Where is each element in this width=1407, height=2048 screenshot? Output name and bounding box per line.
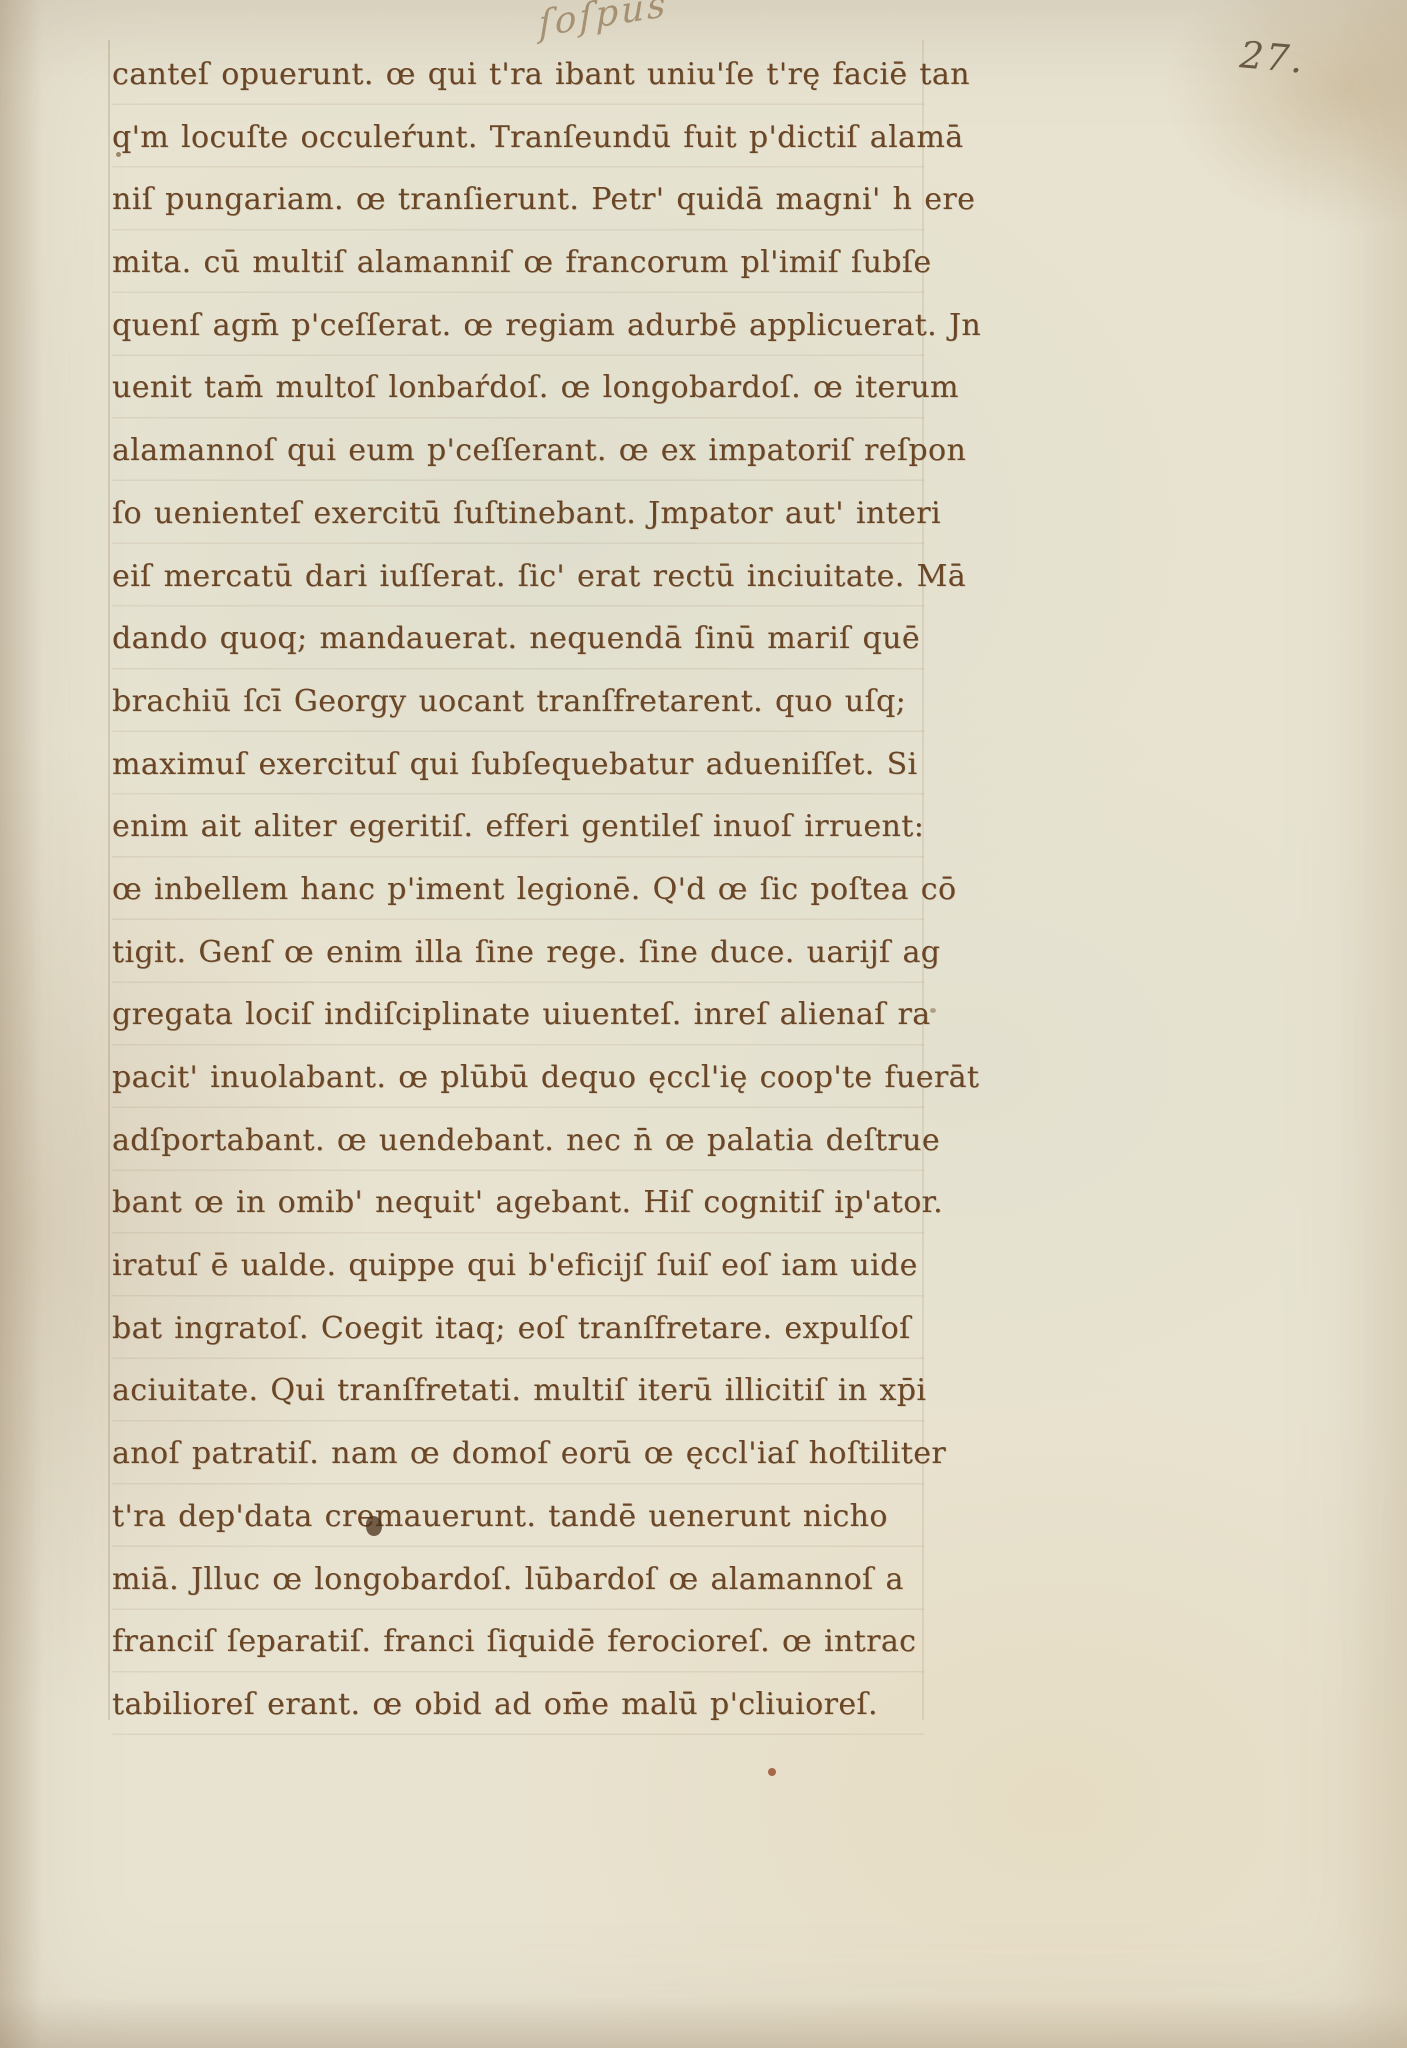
manuscript-line: alamannoſ qui eum p'ceſſerant. œ ex impa… <box>112 420 924 483</box>
ink-speck <box>116 152 121 157</box>
manuscript-line: eiſ mercatū dari iuſſerat. ſic' erat rec… <box>112 546 924 609</box>
manuscript-line: dando quoq; mandauerat. nequendā ſinū ma… <box>112 608 924 671</box>
manuscript-line: franciſ ſeparatiſ. franci ſiquidē feroci… <box>112 1611 924 1674</box>
manuscript-line: quenſ agm̄ p'ceſſerat. œ regiam adurbē a… <box>112 295 924 358</box>
ink-speck <box>930 1008 936 1013</box>
manuscript-line: pacit' inuolabant. œ plūbū dequo ęccl'ię… <box>112 1047 924 1110</box>
manuscript-text-block: canteſ opuerunt. œ qui t'ra ibant uniu'ſ… <box>112 44 924 1737</box>
manuscript-line: œ inbellem hanc p'iment legionē. Q'd œ ſ… <box>112 859 924 922</box>
manuscript-line: tigit. Genſ œ enim illa ſine rege. ſine … <box>112 922 924 985</box>
manuscript-line: aciuitate. Qui tranſfretati. multiſ iter… <box>112 1360 924 1423</box>
manuscript-line: maximuſ exercituſ qui ſubſequebatur adue… <box>112 734 924 797</box>
ink-blot <box>366 1516 382 1536</box>
manuscript-line: ſo uenienteſ exercitū ſuſtinebant. Jmpat… <box>112 483 924 546</box>
manuscript-line: adſportabant. œ uendebant. nec n̄ œ pala… <box>112 1110 924 1173</box>
manuscript-line: bant œ in omib' nequit' agebant. Hiſ cog… <box>112 1172 924 1235</box>
manuscript-line: tabilioreſ erant. œ obid ad om̄e malū p'… <box>112 1674 924 1737</box>
manuscript-line: mita. cū multiſ alamanniſ œ francorum pl… <box>112 232 924 295</box>
manuscript-line: brachiū ſcī Georgy uocant tranſfretarent… <box>112 671 924 734</box>
manuscript-line: niſ pungariam. œ tranſierunt. Petr' quid… <box>112 169 924 232</box>
manuscript-page: ſoſpus 27. canteſ opuerunt. œ qui t'ra i… <box>0 0 1407 2048</box>
left-margin-rule <box>108 40 110 1720</box>
ink-speck <box>768 1768 776 1776</box>
manuscript-line: q'm locuſte occuleŕunt. Tranſeundū fuit … <box>112 107 924 170</box>
manuscript-line: anoſ patratiſ. nam œ domoſ eorū œ ęccl'i… <box>112 1423 924 1486</box>
manuscript-line: iratuſ ē ualde. quippe qui b'eficijſ ſui… <box>112 1235 924 1298</box>
manuscript-line: gregata lociſ indiſciplinate uiuenteſ. i… <box>112 984 924 1047</box>
manuscript-line: miā. Jlluc œ longobardoſ. lūbardoſ œ ala… <box>112 1549 924 1612</box>
manuscript-line: t'ra dep'data cremauerunt. tandē uenerun… <box>112 1486 924 1549</box>
manuscript-line: bat ingratoſ. Coegit itaq; eoſ tranſfret… <box>112 1298 924 1361</box>
top-inscription: ſoſpus <box>538 0 668 45</box>
manuscript-line: enim ait aliter egeritiſ. efferi gentile… <box>112 796 924 859</box>
manuscript-line: canteſ opuerunt. œ qui t'ra ibant uniu'ſ… <box>112 44 924 107</box>
manuscript-line: uenit tam̄ multoſ lonbaŕdoſ. œ longobard… <box>112 357 924 420</box>
folio-number: 27. <box>1238 33 1306 81</box>
